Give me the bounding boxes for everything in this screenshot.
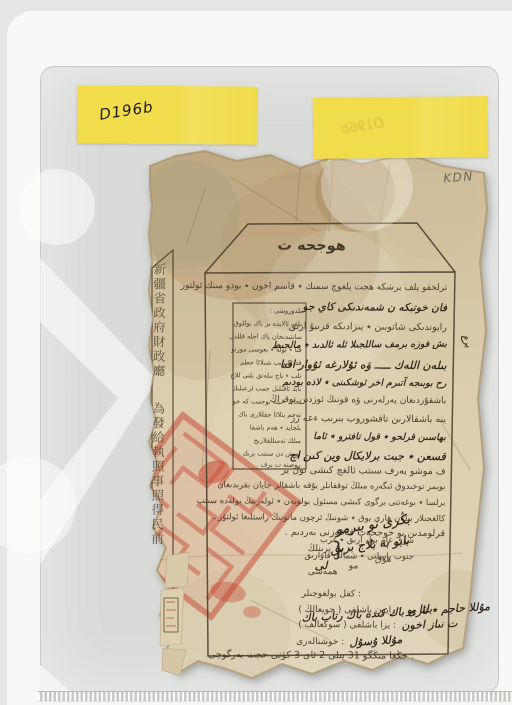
body-line: ينه باشقالارىن تافشوروب بىرىب ءعه رز xyxy=(291,413,447,425)
body-line: رح بوبىجه آتىرم اخر ئوشكىنى ٭ لاذه بودىم xyxy=(282,377,446,389)
margin-note: برع xyxy=(459,334,472,349)
notice-line: بلجايد ٭ ھەم باشقا xyxy=(250,423,301,431)
body-line: كالغجىلار بىلەن ھارى يوق ٭ شونىڭ ئرچون م… xyxy=(213,511,445,523)
pencil-annotation: KDN xyxy=(443,169,475,185)
signature-value: ت نىاز اخون xyxy=(401,617,458,632)
scan-photo: KDN هوجحه ت 新疆省政府財政廳 為發給執照事照得民前 بلدوروشى… xyxy=(0,0,512,705)
sleeve-stitching xyxy=(38,691,512,702)
body-line: فان خوتبكه ن شمەندىكى كاي جو xyxy=(303,301,448,314)
body-line: رايوندىكى شاتوبىن ٭ يىزادىكه قرىبۇ ارىق xyxy=(289,321,447,333)
total-label: ھمەسى xyxy=(308,567,338,577)
total-label: ھوق xyxy=(375,555,391,565)
archive-label-sticker-blank: D196b xyxy=(313,96,489,159)
signature-row: جڭغا مىڭگو 31 يىلى 2 ئاى 3 كۈنى حجت بەرگ… xyxy=(208,642,414,663)
document-title: هوجحه ت xyxy=(247,237,377,254)
body-line: بويمر توخىدوق ئىگەره مىلڭ توقفانلر يۇقه … xyxy=(217,479,445,491)
archive-label-ghost-text: D196b xyxy=(340,116,385,138)
notice-line: مىلك تەمىللقلارىج xyxy=(254,436,301,444)
signature-label: جڭغا مىڭگو 31 يىلى 2 ئاى 3 كۈنى حجت بەرگ… xyxy=(208,649,414,662)
notice-line: بلدوروشى : xyxy=(270,307,302,315)
body-line: ترلخفو يلف برشكه هجت يلغوچ سمىك ٭ قاسم ا… xyxy=(181,281,448,293)
body-line: قسعن ٭ جبت برلايكال وين كىن اچ xyxy=(289,449,445,463)
body-line: ف موشو يەرف سىتب ئالغچ كىشى تول ير xyxy=(281,465,445,477)
body-line: بىلەن اللەك ـــــ ۋە ئۇلارغه ئۇوار افىا xyxy=(280,358,447,372)
total-label: مو xyxy=(349,561,359,571)
chinese-purpose-column: 為發給執照事照得民前 xyxy=(150,402,164,597)
body-line: برلسا ٭ بوغەتنى برگوى كىشى مسئول بولوبەن… xyxy=(197,495,446,507)
body-line: بش فوزه برمف ساللجىلا ئله ئالدىد ٭ مالجى… xyxy=(271,339,446,352)
archive-label-text: D196b xyxy=(98,98,155,124)
body-line: باشقۇردىغان يەرلەرنى ۋە قونىڭ ئوزدىن توق… xyxy=(270,395,447,407)
body-line: بهاسىن قرلحو ٭ قول تافترو ٭ ئاما xyxy=(313,431,446,443)
archive-label-sticker: D196b xyxy=(77,85,257,144)
